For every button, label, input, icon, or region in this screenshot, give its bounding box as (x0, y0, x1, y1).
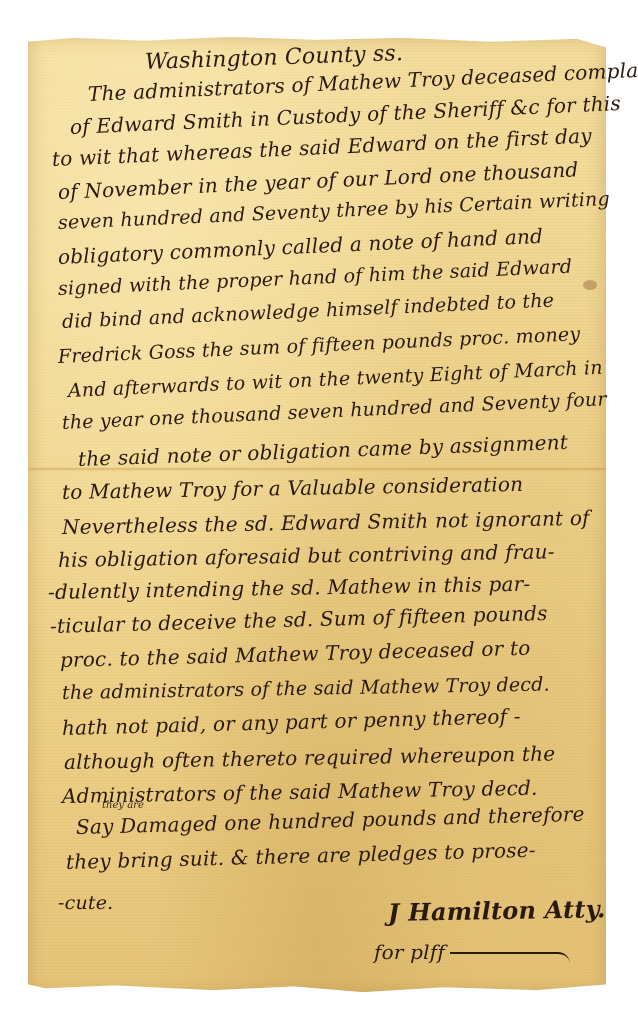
interlinear-insertion: they are (102, 800, 144, 811)
signature-note: for plff (374, 940, 445, 964)
document-line-25: -cute. (58, 892, 113, 914)
ink-stain (583, 280, 597, 290)
signature-flourish (450, 952, 570, 964)
attorney-signature: J Hamilton Atty. (388, 894, 606, 927)
